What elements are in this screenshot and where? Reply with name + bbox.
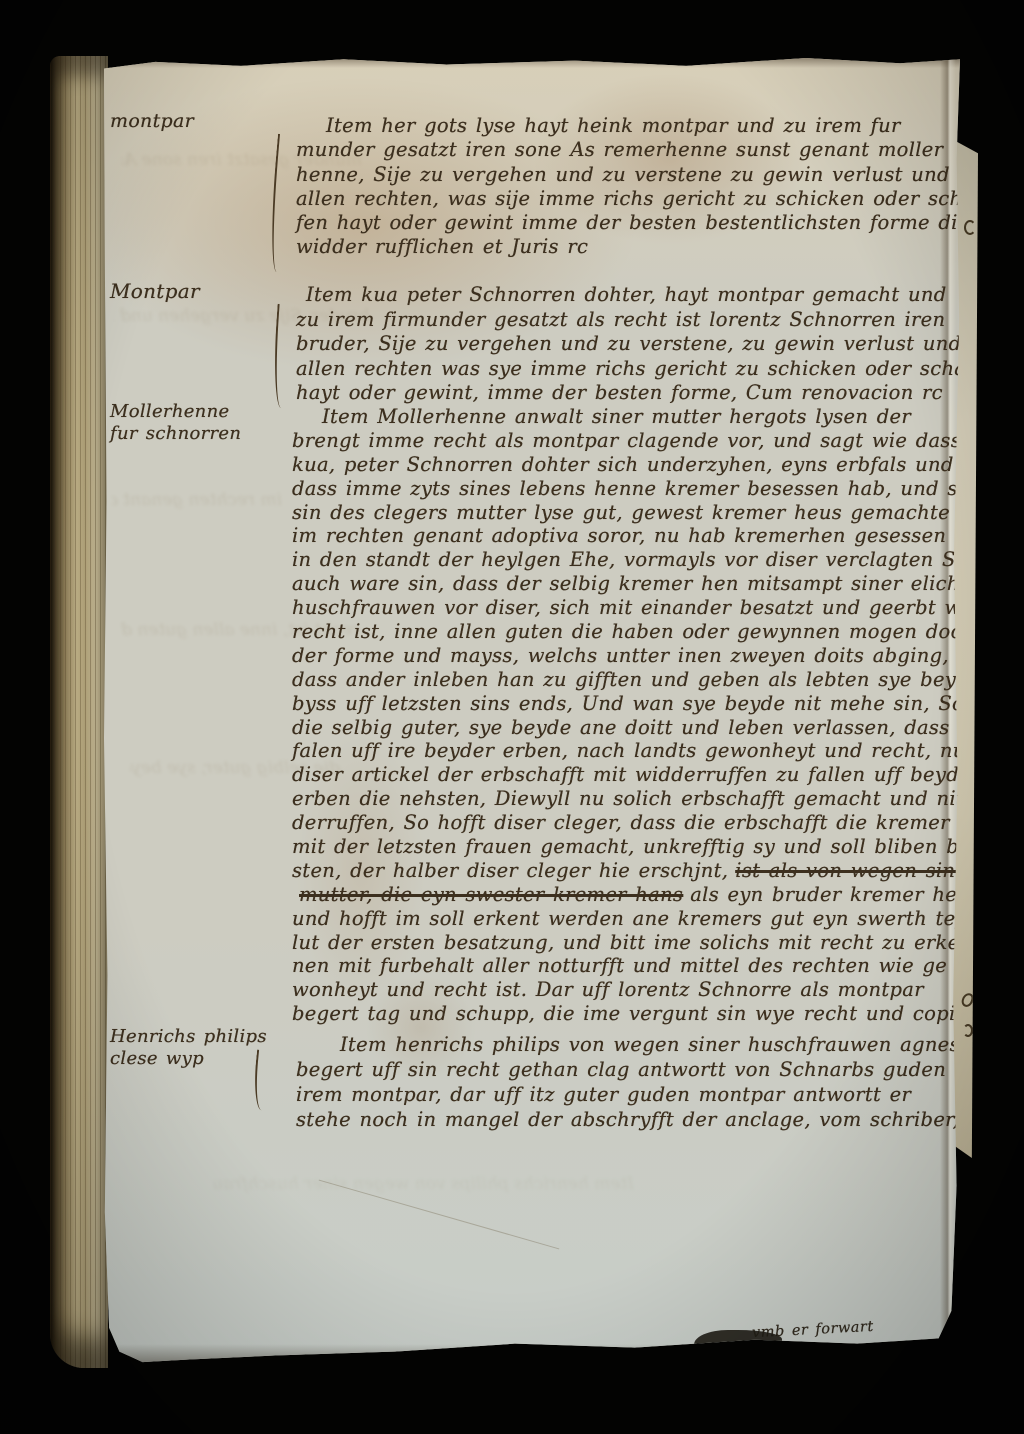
bleedthrough-ghost-text: Item henrichs philips von wegen siner hu…: [214, 1174, 634, 1194]
handwritten-line: Item kua peter Schnorren dohter, hayt mo…: [296, 283, 1020, 308]
margin-note-henrichs-philips: Henrichs philipsclese wyp: [110, 1026, 267, 1070]
handwritten-line: huschfrauwen vor diser, sich mit einande…: [292, 596, 1024, 620]
handwritten-line: mit der letzsten frauen gemacht, unkreff…: [292, 835, 1024, 859]
ink-blot: [542, 1346, 568, 1359]
handwritten-line: falen uff ire beyder erben, nach landts …: [292, 739, 1024, 763]
adjacent-page-ink-mark: [964, 220, 976, 235]
pen-flourish: [270, 304, 289, 409]
handwritten-line: wonheyt und recht ist. Dar uff lorentz S…: [292, 978, 1024, 1002]
handwritten-line: Item her gots lyse hayt heink montpar un…: [296, 114, 996, 138]
handwritten-line: die selbig guter, sye beyde ane doitt un…: [292, 716, 1024, 740]
adjacent-page-ink-mark: [963, 1024, 973, 1037]
handwritten-line: in den standt der heylgen Ehe, vormayls …: [292, 548, 1024, 572]
handwritten-line: zu irem firmunder gesatzt als recht ist …: [296, 308, 1020, 333]
handwritten-line: henne, Sije zu vergehen und zu verstene …: [296, 163, 996, 187]
handwritten-line: mutter, die eyn swester kremer hansals e…: [292, 883, 1024, 907]
handwritten-line: Item henrichs philips von wegen siner hu…: [296, 1033, 1016, 1058]
handwritten-line: allen rechten, was sije imme richs geric…: [296, 187, 996, 211]
margin-note-line: fur schnorren: [110, 423, 241, 445]
manuscript-page: munder gesatzt iren sone As remerhenne s…: [104, 54, 960, 1370]
paragraph-guardianship-1: Item her gots lyse hayt heink montpar un…: [296, 114, 996, 260]
margin-note-line: Henrichs philips: [110, 1026, 267, 1048]
handwritten-line: dass ander inleben han zu gifften und ge…: [292, 668, 1024, 692]
paragraph-inheritance-claim: Item Mollerhenne anwalt siner mutter her…: [292, 405, 1024, 1026]
handwritten-line: begert tag und schupp, die ime vergunt s…: [292, 1002, 1024, 1026]
handwritten-line: sten, der halber diser cleger hie erschj…: [292, 859, 1024, 883]
handwritten-line: irem montpar, dar uff itz guter guden mo…: [296, 1083, 1016, 1108]
book-page-stack-edge: [50, 56, 108, 1368]
handwritten-line: brengt imme recht als montpar clagende v…: [292, 429, 1024, 453]
handwritten-line: lut der ersten besatzung, und bitt ime s…: [292, 931, 1024, 955]
handwritten-line: byss uff letzsten sins ends, Und wan sye…: [292, 692, 1024, 716]
handwritten-line: bruder, Sije zu vergehen und zu verstene…: [296, 332, 1020, 357]
handwritten-line: auch ware sin, dass der selbig kremer he…: [292, 572, 1024, 596]
handwritten-line: allen rechten was sye imme richs gericht…: [296, 357, 1020, 382]
handwritten-line: dass imme zyts sines lebens henne kremer…: [292, 477, 1024, 501]
margin-note-line: Montpar: [110, 280, 200, 302]
ink-blot: [694, 1330, 782, 1355]
handwritten-line: erben die nehsten, Diewyll nu solich erb…: [292, 787, 1024, 811]
handwritten-line: Item Mollerhenne anwalt siner mutter her…: [292, 405, 1024, 429]
paragraph-guardianship-2: Item kua peter Schnorren dohter, hayt mo…: [296, 283, 1020, 406]
manuscript-photo: munder gesatzt iren sone As remerhenne s…: [0, 0, 1024, 1434]
margin-note-montpar-1: montpar: [110, 110, 194, 132]
margin-note-mollerhenne: Mollerhennefur schnorren: [110, 401, 241, 445]
handwritten-line: der forme und mayss, welchs untter inen …: [292, 644, 1024, 668]
handwritten-line: recht ist, inne allen guten die haben od…: [292, 620, 1024, 644]
handwritten-line: diser artickel der erbschafft mit widder…: [292, 763, 1024, 787]
handwritten-line: im rechten genant adoptiva soror, nu hab…: [292, 524, 1024, 548]
handwritten-line: munder gesatzt iren sone As remerhenne s…: [296, 138, 996, 162]
handwritten-line: fen hayt oder gewint imme der besten bes…: [296, 211, 996, 235]
margin-note-line: clese wyp: [110, 1048, 267, 1070]
handwritten-line: kua, peter Schnorren dohter sich underzy…: [292, 453, 1024, 477]
handwritten-line: begert uff sin recht gethan clag antwort…: [296, 1058, 1016, 1083]
margin-note-montpar-2: Montpar: [110, 280, 200, 302]
handwritten-line: und hofft im soll erkent werden ane krem…: [292, 907, 1024, 931]
handwritten-line: hayt oder gewint, imme der besten forme,…: [296, 381, 1020, 406]
pen-flourish: [266, 134, 290, 273]
handwritten-line: nen mit furbehalt aller notturfft und mi…: [292, 954, 1024, 978]
bleedthrough-ghost-text: im rechten genant adoptiva soror, nu hab…: [112, 490, 282, 510]
adjacent-page-ink-mark: [960, 992, 974, 1008]
margin-note-line: montpar: [110, 110, 194, 132]
handwritten-line: sin des clegers mutter lyse gut, gewest …: [292, 501, 1024, 525]
handwritten-line: derruffen, So hofft diser cleger, dass d…: [292, 811, 1024, 835]
handwritten-line: widder rufflichen et Juris rc: [296, 235, 996, 259]
margin-note-line: Mollerhenne: [110, 401, 241, 423]
paragraph-henrichs-philips: Item henrichs philips von wegen siner hu…: [296, 1033, 1016, 1133]
handwritten-line: stehe noch in mangel der abschryfft der …: [296, 1108, 1016, 1133]
paper-scratch: [319, 1180, 560, 1250]
